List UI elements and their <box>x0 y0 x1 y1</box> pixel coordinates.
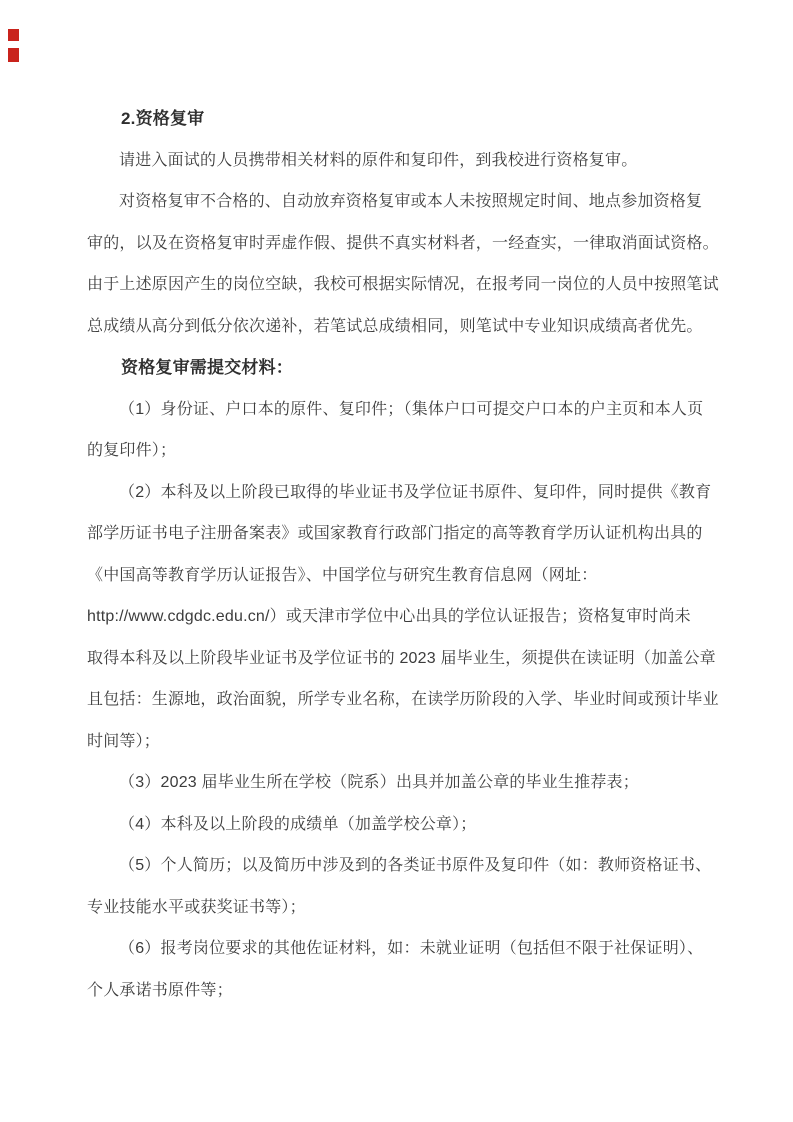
text-line: （4）本科及以上阶段的成绩单（加盖学校公章）； <box>87 804 727 846</box>
text-line: 的复印件）； <box>87 430 727 472</box>
text-line: 取得本科及以上阶段毕业证书及学位证书的 2023 届毕业生，须提供在读证明（加盖… <box>87 638 727 680</box>
red-mark <box>8 48 19 62</box>
document-page: 2.资格复审请进入面试的人员携带相关材料的原件和复印件，到我校进行资格复审。对资… <box>0 0 793 1122</box>
text-line: （2）本科及以上阶段已取得的毕业证书及学位证书原件、复印件，同时提供《教育 <box>87 472 727 514</box>
text-line: 由于上述原因产生的岗位空缺，我校可根据实际情况，在报考同一岗位的人员中按照笔试 <box>87 264 727 306</box>
text-line: （1）身份证、户口本的原件、复印件；（集体户口可提交户口本的户主页和本人页 <box>87 389 727 431</box>
text-line: （6）报考岗位要求的其他佐证材料，如：未就业证明（包括但不限于社保证明）、 <box>87 928 727 970</box>
text-line: 《中国高等教育学历认证报告》、中国学位与研究生教育信息网（网址： <box>87 555 727 597</box>
text-line: （3）2023 届毕业生所在学校（院系）出具并加盖公章的毕业生推荐表； <box>87 762 727 804</box>
text-line: 时间等）； <box>87 721 727 763</box>
heading-line: 资格复审需提交材料： <box>87 347 727 389</box>
text-line: 部学历证书电子注册备案表》或国家教育行政部门指定的高等教育学历认证机构出具的 <box>87 513 727 555</box>
text-line: http://www.cdgdc.edu.cn/）或天津市学位中心出具的学位认证… <box>87 596 727 638</box>
text-line: 个人承诺书原件等； <box>87 970 727 1012</box>
text-line: 总成绩从高分到低分依次递补，若笔试总成绩相同，则笔试中专业知识成绩高者优先。 <box>87 306 727 348</box>
text-line: （5）个人简历；以及简历中涉及到的各类证书原件及复印件（如：教师资格证书、 <box>87 845 727 887</box>
red-mark <box>8 29 19 41</box>
text-line: 请进入面试的人员携带相关材料的原件和复印件，到我校进行资格复审。 <box>87 140 727 182</box>
text-line: 审的，以及在资格复审时弄虚作假、提供不真实材料者，一经查实，一律取消面试资格。 <box>87 223 727 265</box>
text-line: 对资格复审不合格的、自动放弃资格复审或本人未按照规定时间、地点参加资格复 <box>87 181 727 223</box>
text-line: 专业技能水平或获奖证书等）； <box>87 887 727 929</box>
heading-line: 2.资格复审 <box>87 98 727 140</box>
document-body: 2.资格复审请进入面试的人员携带相关材料的原件和复印件，到我校进行资格复审。对资… <box>87 98 727 1011</box>
text-line: 且包括：生源地，政治面貌，所学专业名称，在读学历阶段的入学、毕业时间或预计毕业 <box>87 679 727 721</box>
